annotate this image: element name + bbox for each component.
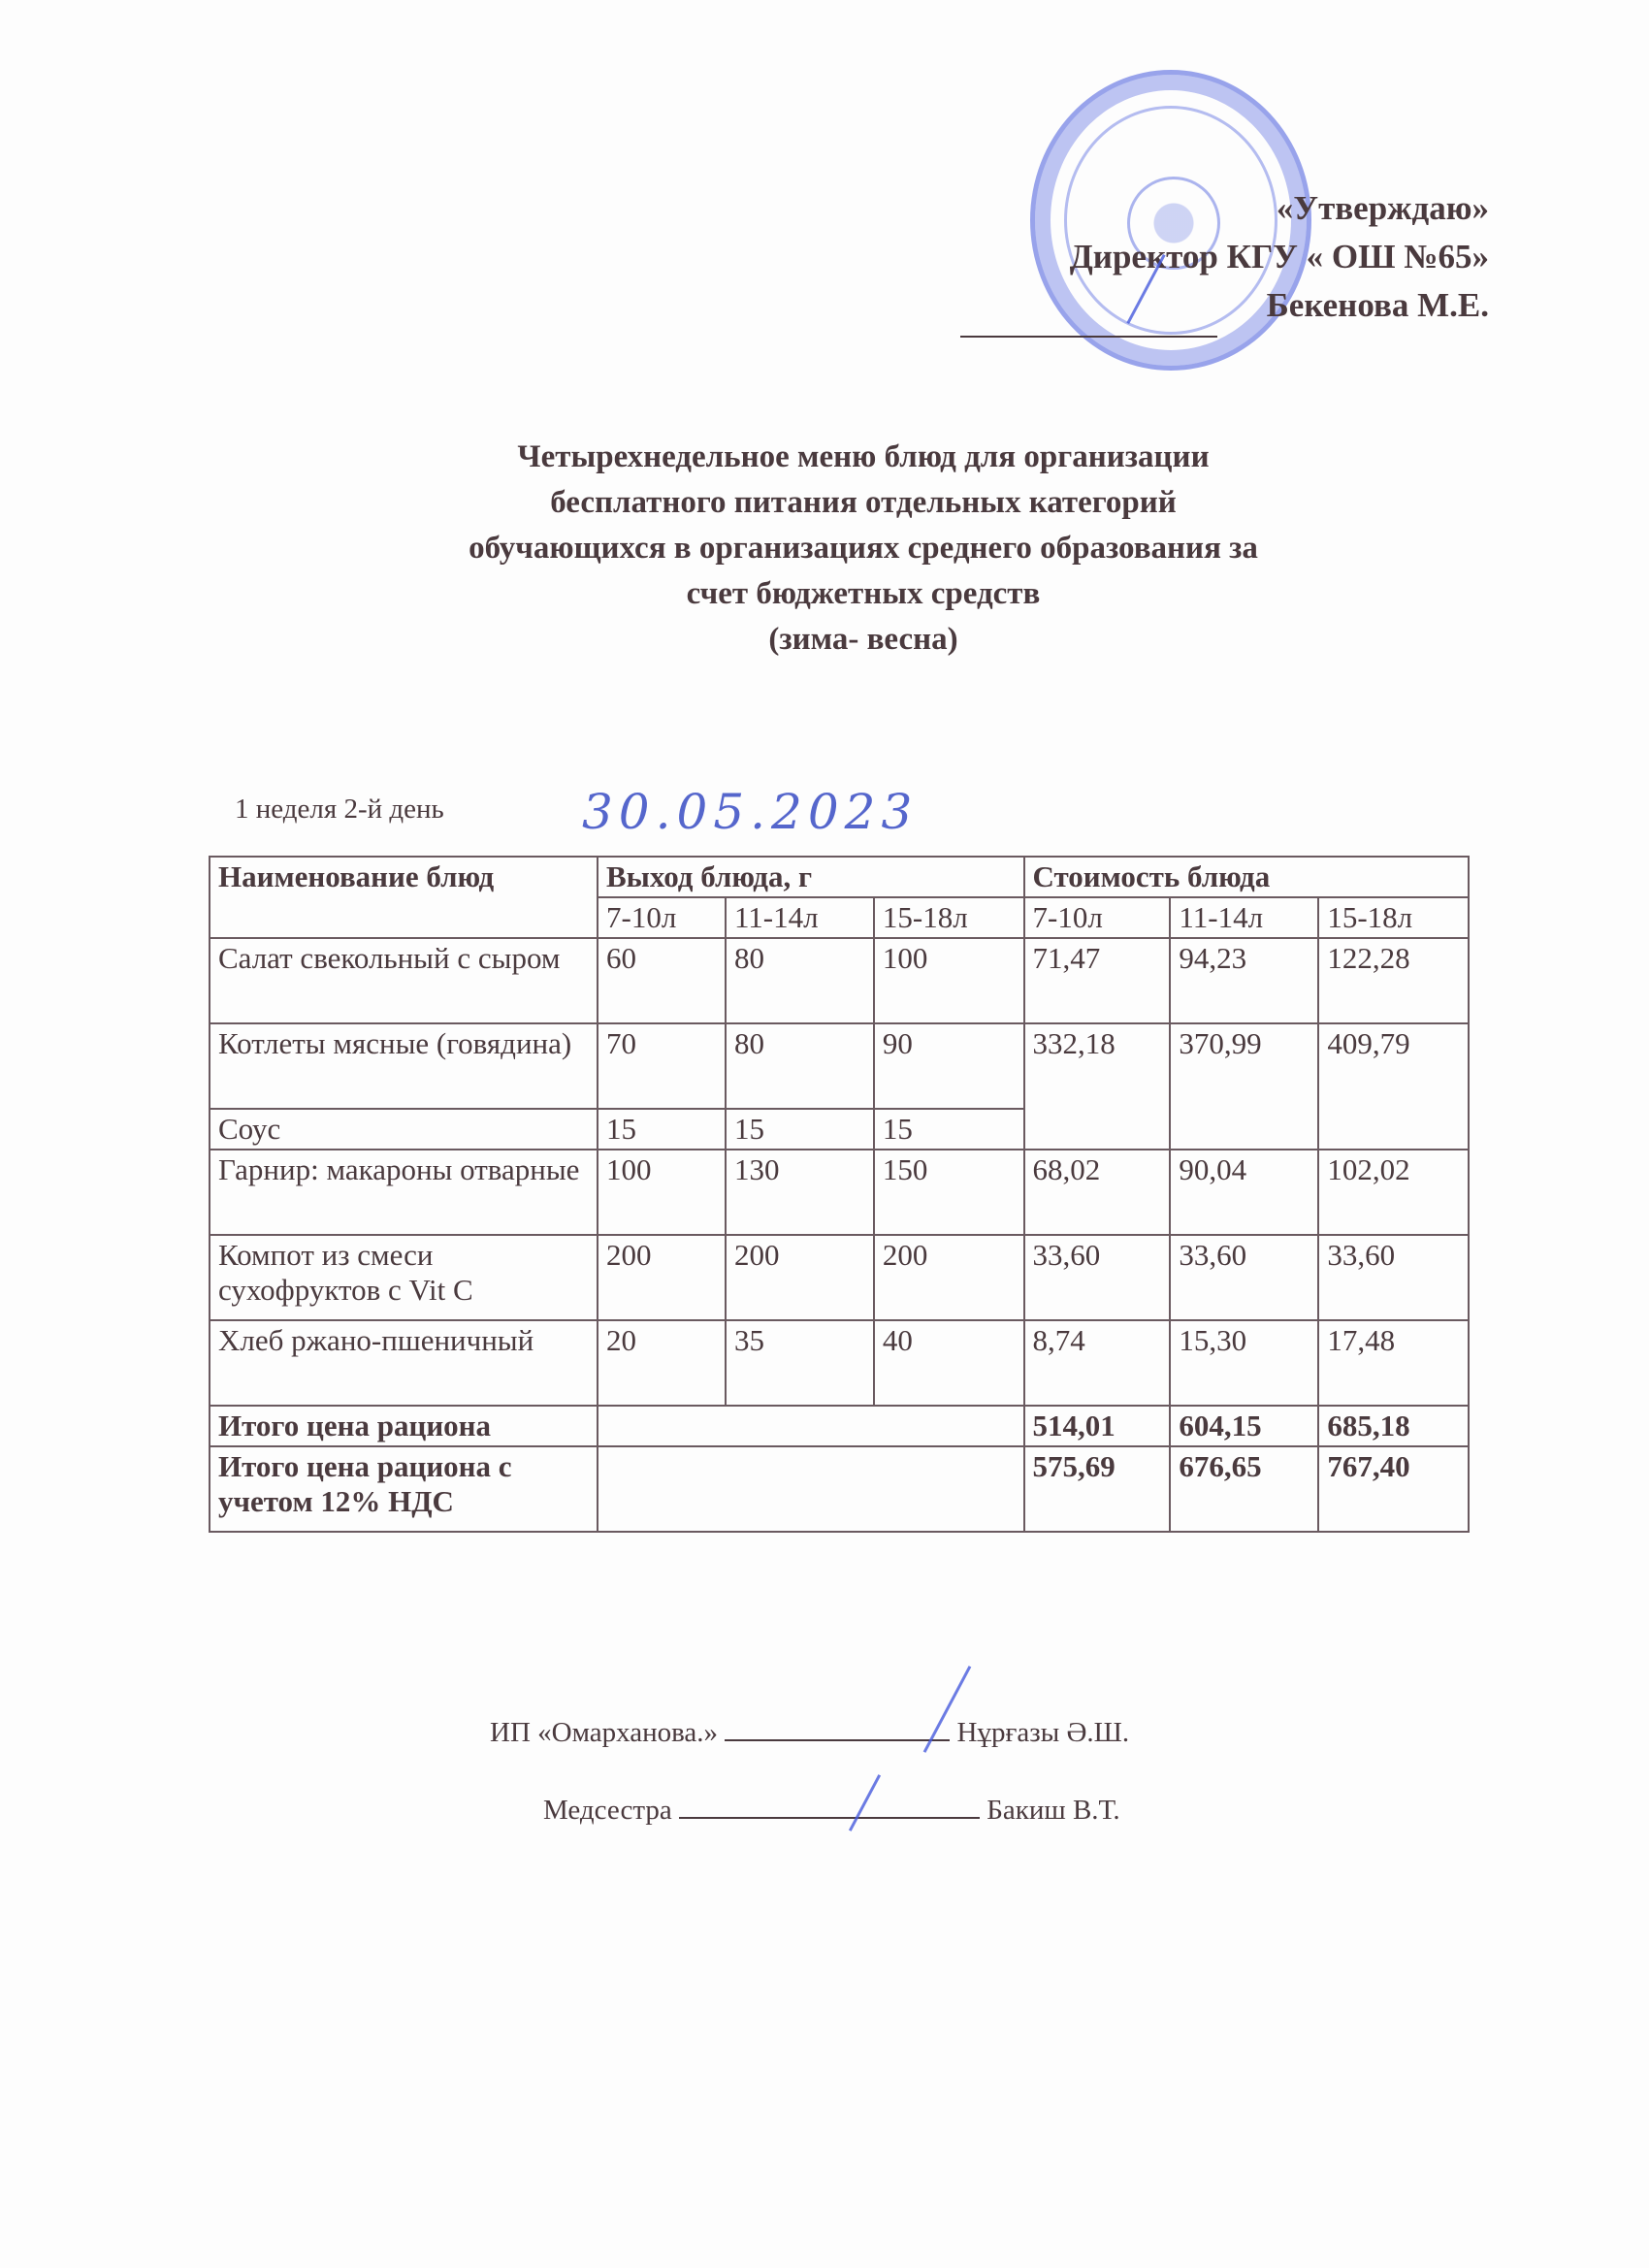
total-vat-row: Итого цена рациона с учетом 12% НДС 575,… xyxy=(210,1446,1469,1532)
title-line: бесплатного питания отдельных категорий xyxy=(291,480,1436,526)
cost-cell: 332,18 xyxy=(1024,1023,1171,1150)
director-signature-line xyxy=(960,336,1217,338)
header-age-group: 15-18л xyxy=(874,897,1024,938)
handwritten-date: 30.05.2023 xyxy=(582,784,918,840)
dish-name: Соус xyxy=(210,1109,598,1150)
yield-cell: 100 xyxy=(598,1150,726,1235)
total-cost-cell: 685,18 xyxy=(1318,1406,1469,1446)
dish-name: Компот из смеси сухофруктов с Vit C xyxy=(210,1235,598,1320)
signature-name: Нұрғазы Ә.Ш. xyxy=(957,1717,1130,1748)
cost-cell: 33,60 xyxy=(1024,1235,1171,1320)
signature-line xyxy=(725,1712,950,1741)
cost-cell: 8,74 xyxy=(1024,1320,1171,1406)
yield-cell: 90 xyxy=(874,1023,1024,1109)
dish-name: Гарнир: макароны отварные xyxy=(210,1150,598,1235)
header-age-group: 11-14л xyxy=(726,897,874,938)
empty-cell xyxy=(598,1446,1024,1532)
approval-heading: «Утверждаю» xyxy=(1070,184,1489,233)
yield-cell: 100 xyxy=(874,938,1024,1023)
total-vat-cost-cell: 767,40 xyxy=(1318,1446,1469,1532)
header-age-group: 7-10л xyxy=(1024,897,1171,938)
yield-cell: 35 xyxy=(726,1320,874,1406)
header-yield: Выход блюда, г xyxy=(598,857,1024,897)
cost-cell: 68,02 xyxy=(1024,1150,1171,1235)
table-row: Салат свекольный с сыром 60 80 100 71,47… xyxy=(210,938,1469,1023)
yield-cell: 200 xyxy=(874,1235,1024,1320)
total-cost-cell: 604,15 xyxy=(1170,1406,1318,1446)
empty-cell xyxy=(598,1406,1024,1446)
signature-role: Медсестра xyxy=(543,1795,672,1826)
header-age-group: 15-18л xyxy=(1318,897,1469,938)
cost-cell: 71,47 xyxy=(1024,938,1171,1023)
cost-cell: 17,48 xyxy=(1318,1320,1469,1406)
cost-cell: 15,30 xyxy=(1170,1320,1318,1406)
dish-name: Хлеб ржано-пшеничный xyxy=(210,1320,598,1406)
signature-line xyxy=(679,1790,980,1819)
table-row: Хлеб ржано-пшеничный 20 35 40 8,74 15,30… xyxy=(210,1320,1469,1406)
dish-name: Салат свекольный с сыром xyxy=(210,938,598,1023)
yield-cell: 15 xyxy=(598,1109,726,1150)
dish-name: Котлеты мясные (говядина) xyxy=(210,1023,598,1109)
yield-cell: 150 xyxy=(874,1150,1024,1235)
table-row: Гарнир: макароны отварные 100 130 150 68… xyxy=(210,1150,1469,1235)
yield-cell: 80 xyxy=(726,938,874,1023)
document-title: Четырехнедельное меню блюд для организац… xyxy=(291,435,1436,663)
total-label: Итого цена рациона xyxy=(210,1406,598,1446)
cost-cell: 33,60 xyxy=(1318,1235,1469,1320)
cost-cell: 33,60 xyxy=(1170,1235,1318,1320)
header-dish-name: Наименование блюд xyxy=(210,857,598,938)
cost-cell: 122,28 xyxy=(1318,938,1469,1023)
header-age-group: 11-14л xyxy=(1170,897,1318,938)
header-age-group: 7-10л xyxy=(598,897,726,938)
approval-block: «Утверждаю» Директор КГУ « ОШ №65» Бекен… xyxy=(1070,184,1489,330)
week-day-label: 1 неделя 2-й день xyxy=(235,794,444,826)
yield-cell: 40 xyxy=(874,1320,1024,1406)
yield-cell: 200 xyxy=(598,1235,726,1320)
cost-cell: 409,79 xyxy=(1318,1023,1469,1150)
cost-cell: 94,23 xyxy=(1170,938,1318,1023)
signature-row-nurse: Медсестра Бакиш В.Т. xyxy=(543,1790,1649,1827)
signature-role: ИП «Омарханова.» xyxy=(490,1717,718,1748)
yield-cell: 20 xyxy=(598,1320,726,1406)
menu-table: Наименование блюд Выход блюда, г Стоимос… xyxy=(209,856,1470,1533)
title-line: обучающихся в организациях среднего обра… xyxy=(291,526,1436,571)
total-vat-cost-cell: 575,69 xyxy=(1024,1446,1171,1532)
cost-cell: 102,02 xyxy=(1318,1150,1469,1235)
total-vat-label: Итого цена рациона с учетом 12% НДС xyxy=(210,1446,598,1532)
title-line: (зима- весна) xyxy=(291,617,1436,663)
yield-cell: 60 xyxy=(598,938,726,1023)
yield-cell: 15 xyxy=(726,1109,874,1150)
yield-cell: 80 xyxy=(726,1023,874,1109)
yield-cell: 15 xyxy=(874,1109,1024,1150)
total-cost-cell: 514,01 xyxy=(1024,1406,1171,1446)
title-line: Четырехнедельное меню блюд для организац… xyxy=(291,435,1436,480)
title-line: счет бюджетных средств xyxy=(291,571,1436,617)
yield-cell: 130 xyxy=(726,1150,874,1235)
table-row: Котлеты мясные (говядина) 70 80 90 332,1… xyxy=(210,1023,1469,1109)
table-header-row: Наименование блюд Выход блюда, г Стоимос… xyxy=(210,857,1469,897)
total-row: Итого цена рациона 514,01 604,15 685,18 xyxy=(210,1406,1469,1446)
cost-cell: 90,04 xyxy=(1170,1150,1318,1235)
table-row: Компот из смеси сухофруктов с Vit C 200 … xyxy=(210,1235,1469,1320)
signature-row-supplier: ИП «Омарханова.» Нұрғазы Ә.Ш. xyxy=(490,1712,1649,1749)
cost-cell: 370,99 xyxy=(1170,1023,1318,1150)
yield-cell: 70 xyxy=(598,1023,726,1109)
yield-cell: 200 xyxy=(726,1235,874,1320)
approval-position: Директор КГУ « ОШ №65» xyxy=(1070,233,1489,281)
header-cost: Стоимость блюда xyxy=(1024,857,1470,897)
approval-name: Бекенова М.Е. xyxy=(1070,281,1489,330)
signature-name: Бакиш В.Т. xyxy=(986,1795,1119,1826)
total-vat-cost-cell: 676,65 xyxy=(1170,1446,1318,1532)
